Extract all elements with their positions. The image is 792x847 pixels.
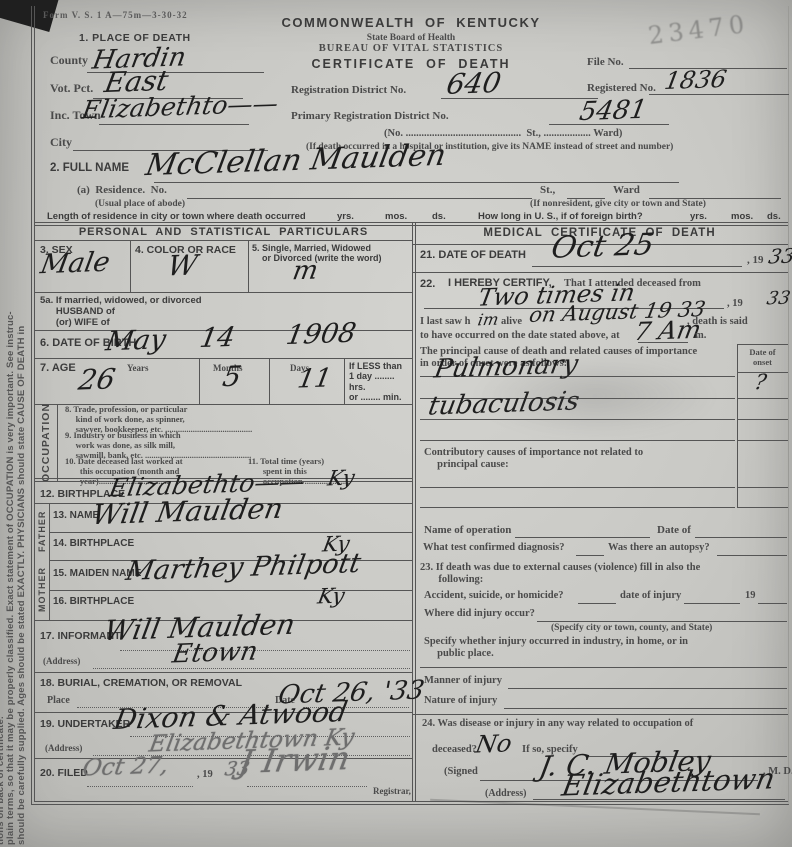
onset-column-divider — [737, 344, 738, 507]
cause-line — [420, 487, 735, 488]
margin-note-line3: tions on back of certificate. — [0, 0, 6, 845]
signed-label: (Signed — [444, 766, 478, 778]
city-label: City — [50, 136, 72, 150]
father-name-value: Will Maulden — [90, 495, 285, 530]
informant-address-value: Etown — [170, 639, 259, 668]
age-months-value: 5 — [220, 363, 243, 392]
rule — [412, 714, 788, 715]
onset-line — [737, 398, 788, 399]
vot-pct-label: Vot. Pct. — [50, 82, 93, 96]
mother-birthplace-value: Ky — [316, 586, 346, 608]
occupation-related-label: 24. Was disease or injury in any way rel… — [422, 718, 787, 730]
m-label: m. — [695, 330, 706, 342]
autopsy-line — [717, 555, 787, 556]
physician-address-label: (Address) — [485, 788, 526, 800]
operation-label: Name of operation — [424, 524, 511, 537]
mother-side-label: MOTHER — [35, 560, 49, 620]
cell-divider — [269, 358, 270, 404]
cell-divider — [199, 358, 200, 404]
onset-line — [737, 487, 788, 488]
date-injury-label: date of injury — [620, 590, 681, 602]
date-of-death-line — [532, 266, 742, 267]
informant-address-line — [93, 668, 410, 669]
registered-no-value: 1836 — [663, 67, 729, 93]
certificate-form: Form V. S. 1 A—75m—3-30-32 1. PLACE OF D… — [31, 6, 789, 805]
filed-signature-line — [247, 786, 367, 787]
informant-line — [120, 650, 410, 651]
color-race-value: W — [165, 252, 199, 281]
deceased-value: No — [474, 731, 514, 756]
less-than-label: If LESS than 1 day ........ hrs. or ....… — [349, 361, 409, 402]
operation-date-line — [695, 537, 787, 538]
manner-injury-line — [508, 688, 787, 689]
primary-district-label: Primary Registration District No. — [291, 110, 449, 123]
county-label: County — [50, 54, 88, 68]
years-header: Years — [127, 363, 149, 373]
where-injury-line — [537, 621, 787, 622]
deceased-label: deceased? — [432, 744, 477, 756]
margin-note-line1: should be carefully supplied. Ages shoul… — [16, 0, 27, 845]
nonresident-note: (If nonresident, give city or town and S… — [530, 199, 706, 210]
accident-label: Accident, suicide, or homicide? — [424, 590, 564, 602]
filed-line — [87, 786, 193, 787]
test-line — [576, 555, 604, 556]
onset-line — [737, 507, 788, 508]
injury-year-line — [758, 603, 787, 604]
physician-address-value: Elizabethtown — [560, 764, 778, 800]
rule — [737, 344, 788, 345]
rule — [35, 672, 412, 673]
nature-injury-line — [504, 708, 787, 709]
town-line — [99, 124, 249, 125]
date-injury-line — [684, 603, 740, 604]
full-name-label: 2. FULL NAME — [50, 162, 129, 175]
certify-19-label: , 19 — [727, 298, 743, 310]
filed-date-value: Oct 27, — [81, 755, 171, 781]
date-of-death-value: Oct 25 — [549, 230, 656, 264]
contributory-label: Contributory causes of importance not re… — [424, 447, 724, 471]
onset-header: Date of onset — [739, 348, 786, 368]
burial-place-label: Place — [47, 695, 70, 707]
marital-value: m — [291, 258, 320, 285]
rule — [35, 240, 412, 241]
alive-label: alive — [501, 316, 522, 328]
full-name-value: McClellan Maulden — [143, 141, 448, 181]
commonwealth-title: COMMONWEALTH OF KENTUCKY — [221, 16, 601, 31]
primary-district-value: 5481 — [577, 97, 648, 125]
residence-label: (a) Residence. No. — [77, 184, 167, 197]
onset-line — [737, 440, 788, 441]
date-of-death-label: 21. DATE OF DEATH — [420, 249, 526, 262]
accident-line — [578, 603, 616, 604]
personal-title: PERSONAL AND STATISTICAL PARTICULARS — [35, 226, 412, 239]
occurred-label: to have occurred on the date stated abov… — [420, 330, 620, 342]
rule — [49, 590, 412, 591]
test-label: What test confirmed diagnosis? — [423, 542, 564, 554]
registrar-label: Registrar, — [373, 786, 411, 796]
specify-city-note: (Specify city or town, county, and State… — [551, 623, 712, 634]
father-birthplace-label: 14. BIRTHPLACE — [53, 538, 134, 550]
abode-note: (Usual place of abode) — [95, 199, 185, 210]
sex-value: Male — [38, 249, 112, 278]
rule — [35, 292, 412, 293]
rule — [412, 272, 788, 273]
mother-maiden-value: Marthey Philpott — [124, 550, 363, 585]
form-number: Form V. S. 1 A—75m—3-30-32 — [43, 10, 188, 20]
residence-line — [187, 198, 532, 199]
scanned-death-certificate: 23470 should be carefully supplied. Ages… — [0, 0, 792, 847]
certify-number: 22. — [420, 278, 435, 291]
full-name-line — [154, 182, 679, 183]
informant-address-label: (Address) — [43, 656, 80, 666]
onset-line — [737, 419, 788, 420]
town-value: Elizabethto—— — [80, 91, 280, 123]
cause-line — [420, 440, 735, 441]
injury-19-label: 19 — [745, 590, 756, 602]
dob-value: May 14 1908 — [104, 320, 358, 356]
filed-19-label: , 19 — [197, 769, 213, 781]
certificate-title: CERTIFICATE OF DEATH — [221, 57, 601, 71]
operation-date-label: Date of — [657, 524, 691, 537]
external-causes-label: 23. If death was due to external causes … — [420, 562, 790, 586]
certify-year-value: 33 — [765, 290, 791, 309]
file-no-label: File No. — [587, 56, 624, 69]
rule — [49, 532, 412, 533]
specify-whether-label: Specify whether injury occurred in indus… — [424, 636, 769, 660]
manner-injury-label: Manner of injury — [424, 675, 502, 687]
cell-divider — [248, 240, 249, 292]
time-value: 7 Am — [633, 317, 704, 344]
occupation-box-divider — [57, 404, 58, 482]
margin-note-line2: plain terms, so that it may be properly … — [5, 0, 16, 845]
parent-box-divider — [49, 503, 50, 620]
ward-label: Ward — [613, 184, 640, 197]
scan-smudge — [475, 356, 715, 436]
onset-value: ? — [753, 372, 768, 393]
nature-injury-label: Nature of injury — [424, 695, 497, 707]
last-saw-label: I last saw h — [420, 316, 470, 328]
registered-no-label: Registered No. — [587, 82, 656, 95]
age-days-value: 11 — [296, 365, 334, 392]
cell-divider — [344, 358, 345, 404]
age-label: 7. AGE — [40, 362, 76, 375]
cause-line — [420, 507, 735, 508]
mother-birthplace-label: 16. BIRTHPLACE — [53, 596, 134, 608]
where-injury-label: Where did injury occur? — [424, 608, 535, 620]
registrar-signature: J Irwin — [237, 742, 353, 778]
dod-year-value: 33 — [767, 246, 792, 267]
cell-divider — [130, 240, 131, 292]
bureau-subtitle: BUREAU OF VITAL STATISTICS — [221, 43, 601, 55]
rule — [35, 358, 412, 359]
operation-line — [515, 537, 650, 538]
last-saw-him: im — [477, 312, 500, 329]
st-label: St., — [540, 184, 555, 197]
age-years-value: 26 — [76, 365, 117, 394]
registration-district-value: 640 — [444, 69, 503, 99]
autopsy-label: Was there an autopsy? — [608, 542, 710, 554]
burial-label: 18. BURIAL, CREMATION, OR REMOVAL — [40, 677, 242, 689]
blank-line — [420, 667, 787, 668]
registration-district-label: Registration District No. — [291, 84, 406, 97]
occupation-side-label: OCCUPATION — [35, 404, 57, 482]
dod-19-label: , 19 — [747, 254, 764, 267]
marital-label: 5. Single, Married, Widowed or Divorced … — [252, 243, 407, 264]
father-side-label: FATHER — [35, 503, 49, 560]
birthplace-state: Ky — [326, 468, 356, 490]
undertaker-address-label: (Address) — [45, 743, 82, 753]
